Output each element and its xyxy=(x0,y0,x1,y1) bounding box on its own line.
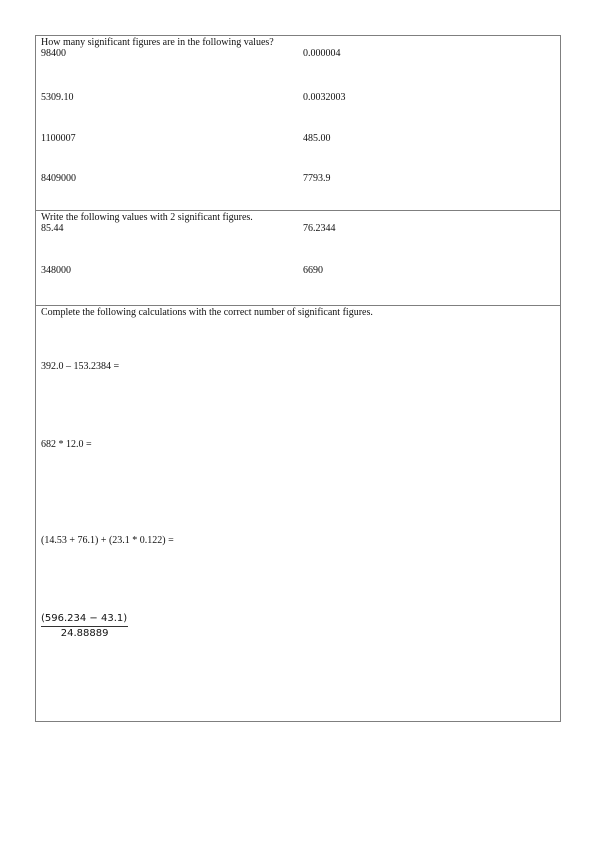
section-prompt: Write the following values with 2 signif… xyxy=(41,212,253,223)
section-prompt: How many significant figures are in the … xyxy=(41,37,274,48)
value-item: 5309.10 xyxy=(41,92,74,103)
section-prompt: Complete the following calculations with… xyxy=(41,307,373,318)
calculation-item: 392.0 – 153.2384 = xyxy=(41,361,119,372)
value-item: 8409000 xyxy=(41,173,76,184)
value-item: 85.44 xyxy=(41,223,64,234)
section-sig-fig-count: How many significant figures are in the … xyxy=(36,36,560,211)
value-item: 0.000004 xyxy=(303,48,341,59)
fraction-numerator: (596.234 − 43.1) xyxy=(41,612,128,627)
worksheet: How many significant figures are in the … xyxy=(35,35,561,722)
fraction-denominator: 24.88889 xyxy=(41,627,128,640)
section-calculations: Complete the following calculations with… xyxy=(36,306,560,722)
calculation-item: (14.53 + 76.1) + (23.1 * 0.122) = xyxy=(41,535,174,546)
value-item: 6690 xyxy=(303,265,323,276)
value-item: 76.2344 xyxy=(303,223,336,234)
value-item: 98400 xyxy=(41,48,66,59)
section-two-sig-figs: Write the following values with 2 signif… xyxy=(36,211,560,306)
value-item: 1100007 xyxy=(41,133,76,144)
value-item: 0.0032003 xyxy=(303,92,346,103)
value-item: 348000 xyxy=(41,265,71,276)
value-item: 7793.9 xyxy=(303,173,331,184)
fraction-calculation: (596.234 − 43.1) 24.88889 xyxy=(41,612,128,640)
value-item: 485.00 xyxy=(303,133,331,144)
calculation-item: 682 * 12.0 = xyxy=(41,439,92,450)
